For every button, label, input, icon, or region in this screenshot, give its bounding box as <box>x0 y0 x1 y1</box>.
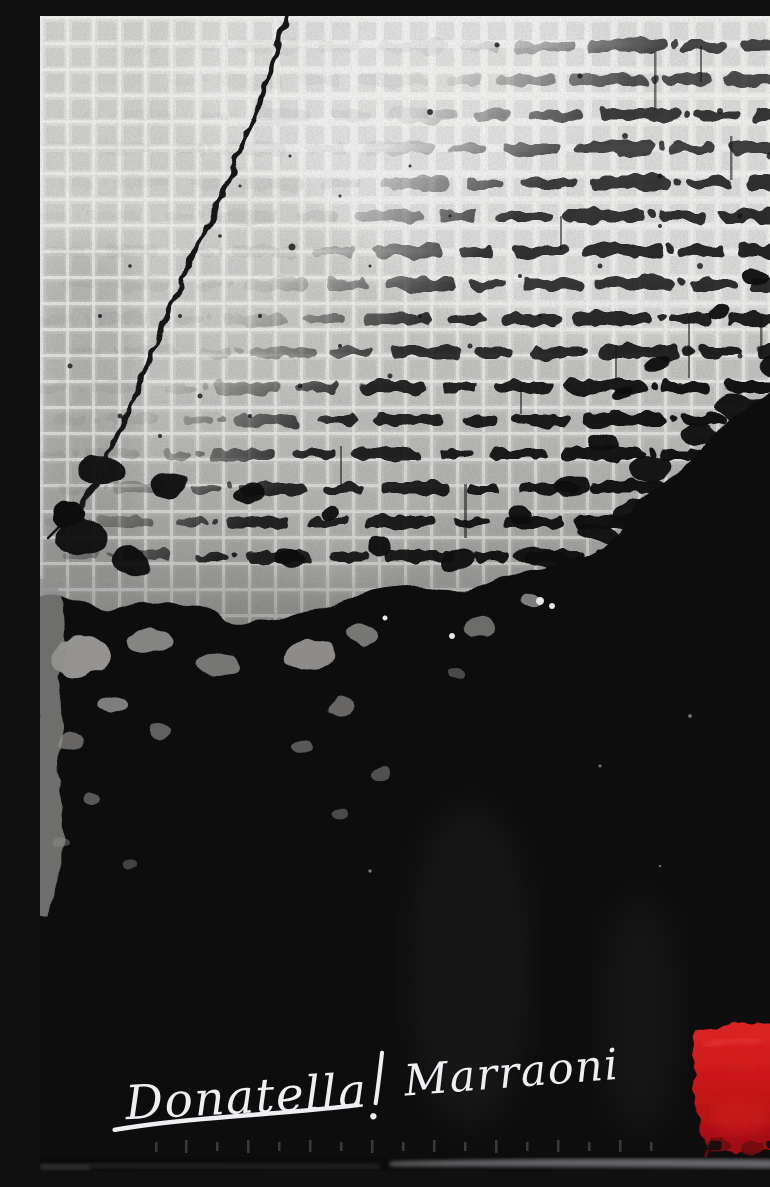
painting-canvas: Donatella Marraoni <box>40 16 770 1171</box>
canvas-bottom-edge <box>40 1157 770 1171</box>
red-paint-mark <box>694 1022 770 1164</box>
abstract-painting-photo: Donatella Marraoni <box>40 16 770 1171</box>
